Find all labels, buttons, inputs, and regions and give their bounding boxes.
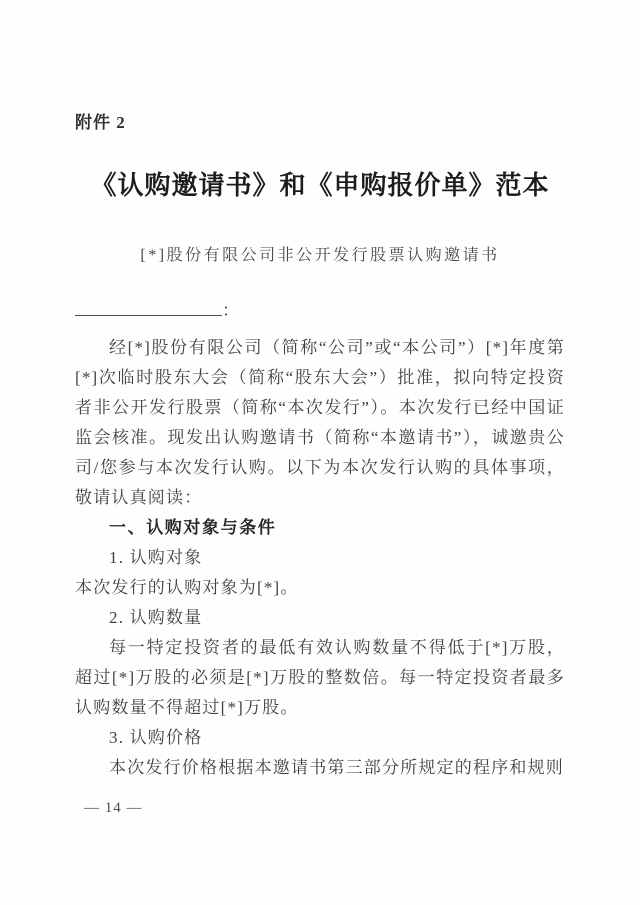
salutation-colon: ： <box>222 301 239 320</box>
item-3-title: 3. 认购价格 <box>75 723 565 753</box>
document-page: 附件 2 《认购邀请书》和《申购报价单》范本 [*]股份有限公司非公开发行股票认… <box>0 0 640 905</box>
section-1-heading: 一、认购对象与条件 <box>75 513 565 543</box>
fill-in-blank-underline <box>75 298 222 316</box>
item-2-body: 每一特定投资者的最低有效认购数量不得低于[*]万股，超过[*]万股的必须是[*]… <box>75 633 565 723</box>
intro-paragraph: 经[*]股份有限公司（简称“公司”或“本公司”）[*]年度第[*]次临时股东大会… <box>75 333 565 513</box>
document-title: 《认购邀请书》和《申购报价单》范本 <box>75 171 565 201</box>
salutation-line: ： <box>75 297 565 325</box>
item-2-title: 2. 认购数量 <box>75 603 565 633</box>
item-1-body: 本次发行的认购对象为[*]。 <box>75 573 565 603</box>
document-subtitle: [*]股份有限公司非公开发行股票认购邀请书 <box>75 245 565 267</box>
page-number: — 14 — <box>84 798 143 818</box>
item-1-title: 1. 认购对象 <box>75 543 565 573</box>
attachment-label: 附件 2 <box>75 112 565 134</box>
item-3-body: 本次发行价格根据本邀请书第三部分所规定的程序和规则 <box>75 753 565 783</box>
document-content: 附件 2 《认购邀请书》和《申购报价单》范本 [*]股份有限公司非公开发行股票认… <box>0 0 640 783</box>
